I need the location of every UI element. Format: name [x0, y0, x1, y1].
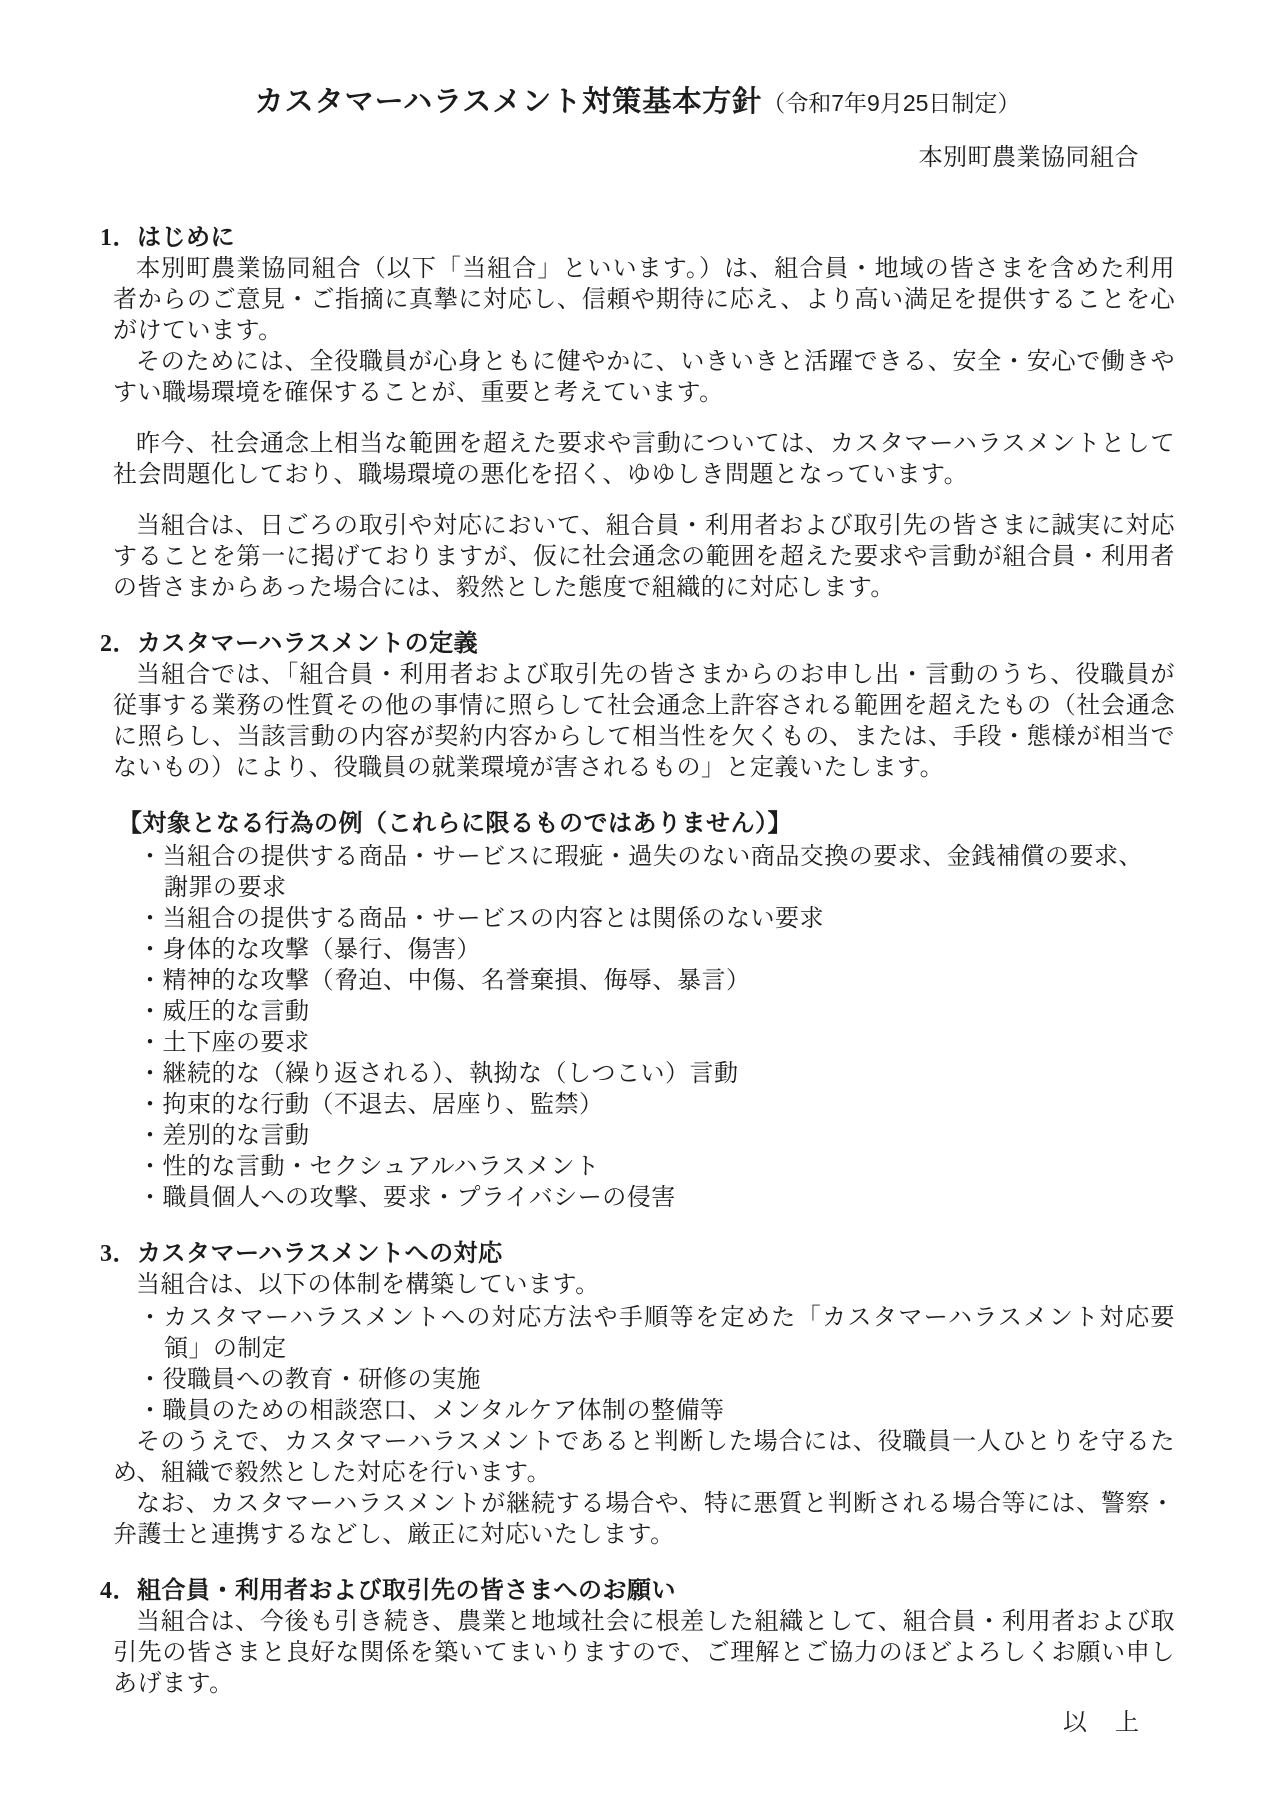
title-text: カスタマーハラスメント対策基本方針: [255, 86, 763, 118]
document-title: カスタマーハラスメント対策基本方針（令和7年9月25日制定）: [100, 84, 1175, 121]
paragraph: 当組合は、日ごろの取引や対応において、組合員・利用者および取引先の皆さまに誠実に…: [113, 511, 1175, 604]
paragraph: 本別町農業協同組合（以下「当組合」といいます。）は、組合員・地域の皆さまを含めた…: [113, 254, 1175, 347]
paragraph: そのためには、全役職員が心身ともに健やかに、いきいきと活躍できる、安全・安心で働…: [113, 347, 1175, 409]
list-item: 当組合の提供する商品・サービスに瑕疵・過失のない商品交換の要求、金銭補償の要求、…: [138, 842, 1143, 904]
section-response: 3．カスタマーハラスメントへの対応 当組合は、以下の体制を構築しています。 カス…: [100, 1238, 1175, 1551]
list-item: 性的な言動・セクシュアルハラスメント: [138, 1152, 1143, 1183]
list-item: カスタマーハラスメントへの対応方法や手順等を定めた「カスタマーハラスメント対応要…: [138, 1303, 1175, 1365]
paragraph: そのうえで、カスタマーハラスメントであると判断した場合には、役職員一人ひとりを守…: [113, 1427, 1175, 1489]
section-introduction: 1．はじめに 本別町農業協同組合（以下「当組合」といいます。）は、組合員・地域の…: [100, 222, 1175, 604]
paragraph: なお、カスタマーハラスメントが継続する場合や、特に悪質と判断される場合等には、警…: [113, 1489, 1175, 1551]
paragraph: 当組合は、以下の体制を構築しています。: [113, 1270, 1175, 1301]
list-item: 当組合の提供する商品・サービスの内容とは関係のない要求: [138, 904, 1143, 935]
list-item: 継続的な（繰り返される）、執拗な（しつこい）言動: [138, 1059, 1143, 1090]
paragraph: 昨今、社会通念上相当な範囲を超えた要求や言動については、カスタマーハラスメントと…: [113, 429, 1175, 491]
paragraph: 当組合は、今後も引き続き、農業と地域社会に根差した組織として、組合員・利用者およ…: [113, 1607, 1175, 1700]
section-3-heading: 3．カスタマーハラスメントへの対応: [100, 1238, 1175, 1270]
section-1-heading: 1．はじめに: [100, 222, 1175, 254]
examples-heading: 【対象となる行為の例（これらに限るものではありません）】: [118, 808, 1175, 840]
list-item: 威圧的な言動: [138, 997, 1143, 1028]
closing-text: 以 上: [100, 1708, 1175, 1739]
list-item: 身体的な攻撃（暴行、傷害）: [138, 935, 1143, 966]
paragraph: 当組合では、「組合員・利用者および取引先の皆さまからのお申し出・言動のうち、役職…: [113, 660, 1175, 784]
section-definition: 2．カスタマーハラスメントの定義 当組合では、「組合員・利用者および取引先の皆さ…: [100, 628, 1175, 1214]
list-item: 土下座の要求: [138, 1028, 1143, 1059]
measures-list: カスタマーハラスメントへの対応方法や手順等を定めた「カスタマーハラスメント対応要…: [138, 1303, 1175, 1427]
section-4-heading: 4．組合員・利用者および取引先の皆さまへのお願い: [100, 1575, 1175, 1607]
list-item: 職員のための相談窓口、メンタルケア体制の整備等: [138, 1396, 1175, 1427]
list-item: 差別的な言動: [138, 1121, 1143, 1152]
section-2-heading: 2．カスタマーハラスメントの定義: [100, 628, 1175, 660]
list-item: 拘束的な行動（不退去、居座り、監禁）: [138, 1090, 1143, 1121]
section-request: 4．組合員・利用者および取引先の皆さまへのお願い 当組合は、今後も引き続き、農業…: [100, 1575, 1175, 1700]
examples-list: 当組合の提供する商品・サービスに瑕疵・過失のない商品交換の要求、金銭補償の要求、…: [138, 842, 1143, 1214]
list-item: 職員個人への攻撃、要求・プライバシーの侵害: [138, 1183, 1143, 1214]
organization-name: 本別町農業協同組合: [100, 143, 1175, 174]
title-date-note: （令和7年9月25日制定）: [762, 90, 1020, 116]
list-item: 役職員への教育・研修の実施: [138, 1365, 1175, 1396]
document-page: カスタマーハラスメント対策基本方針（令和7年9月25日制定） 本別町農業協同組合…: [0, 0, 1273, 1800]
list-item: 精神的な攻撃（脅迫、中傷、名誉棄損、侮辱、暴言）: [138, 966, 1143, 997]
